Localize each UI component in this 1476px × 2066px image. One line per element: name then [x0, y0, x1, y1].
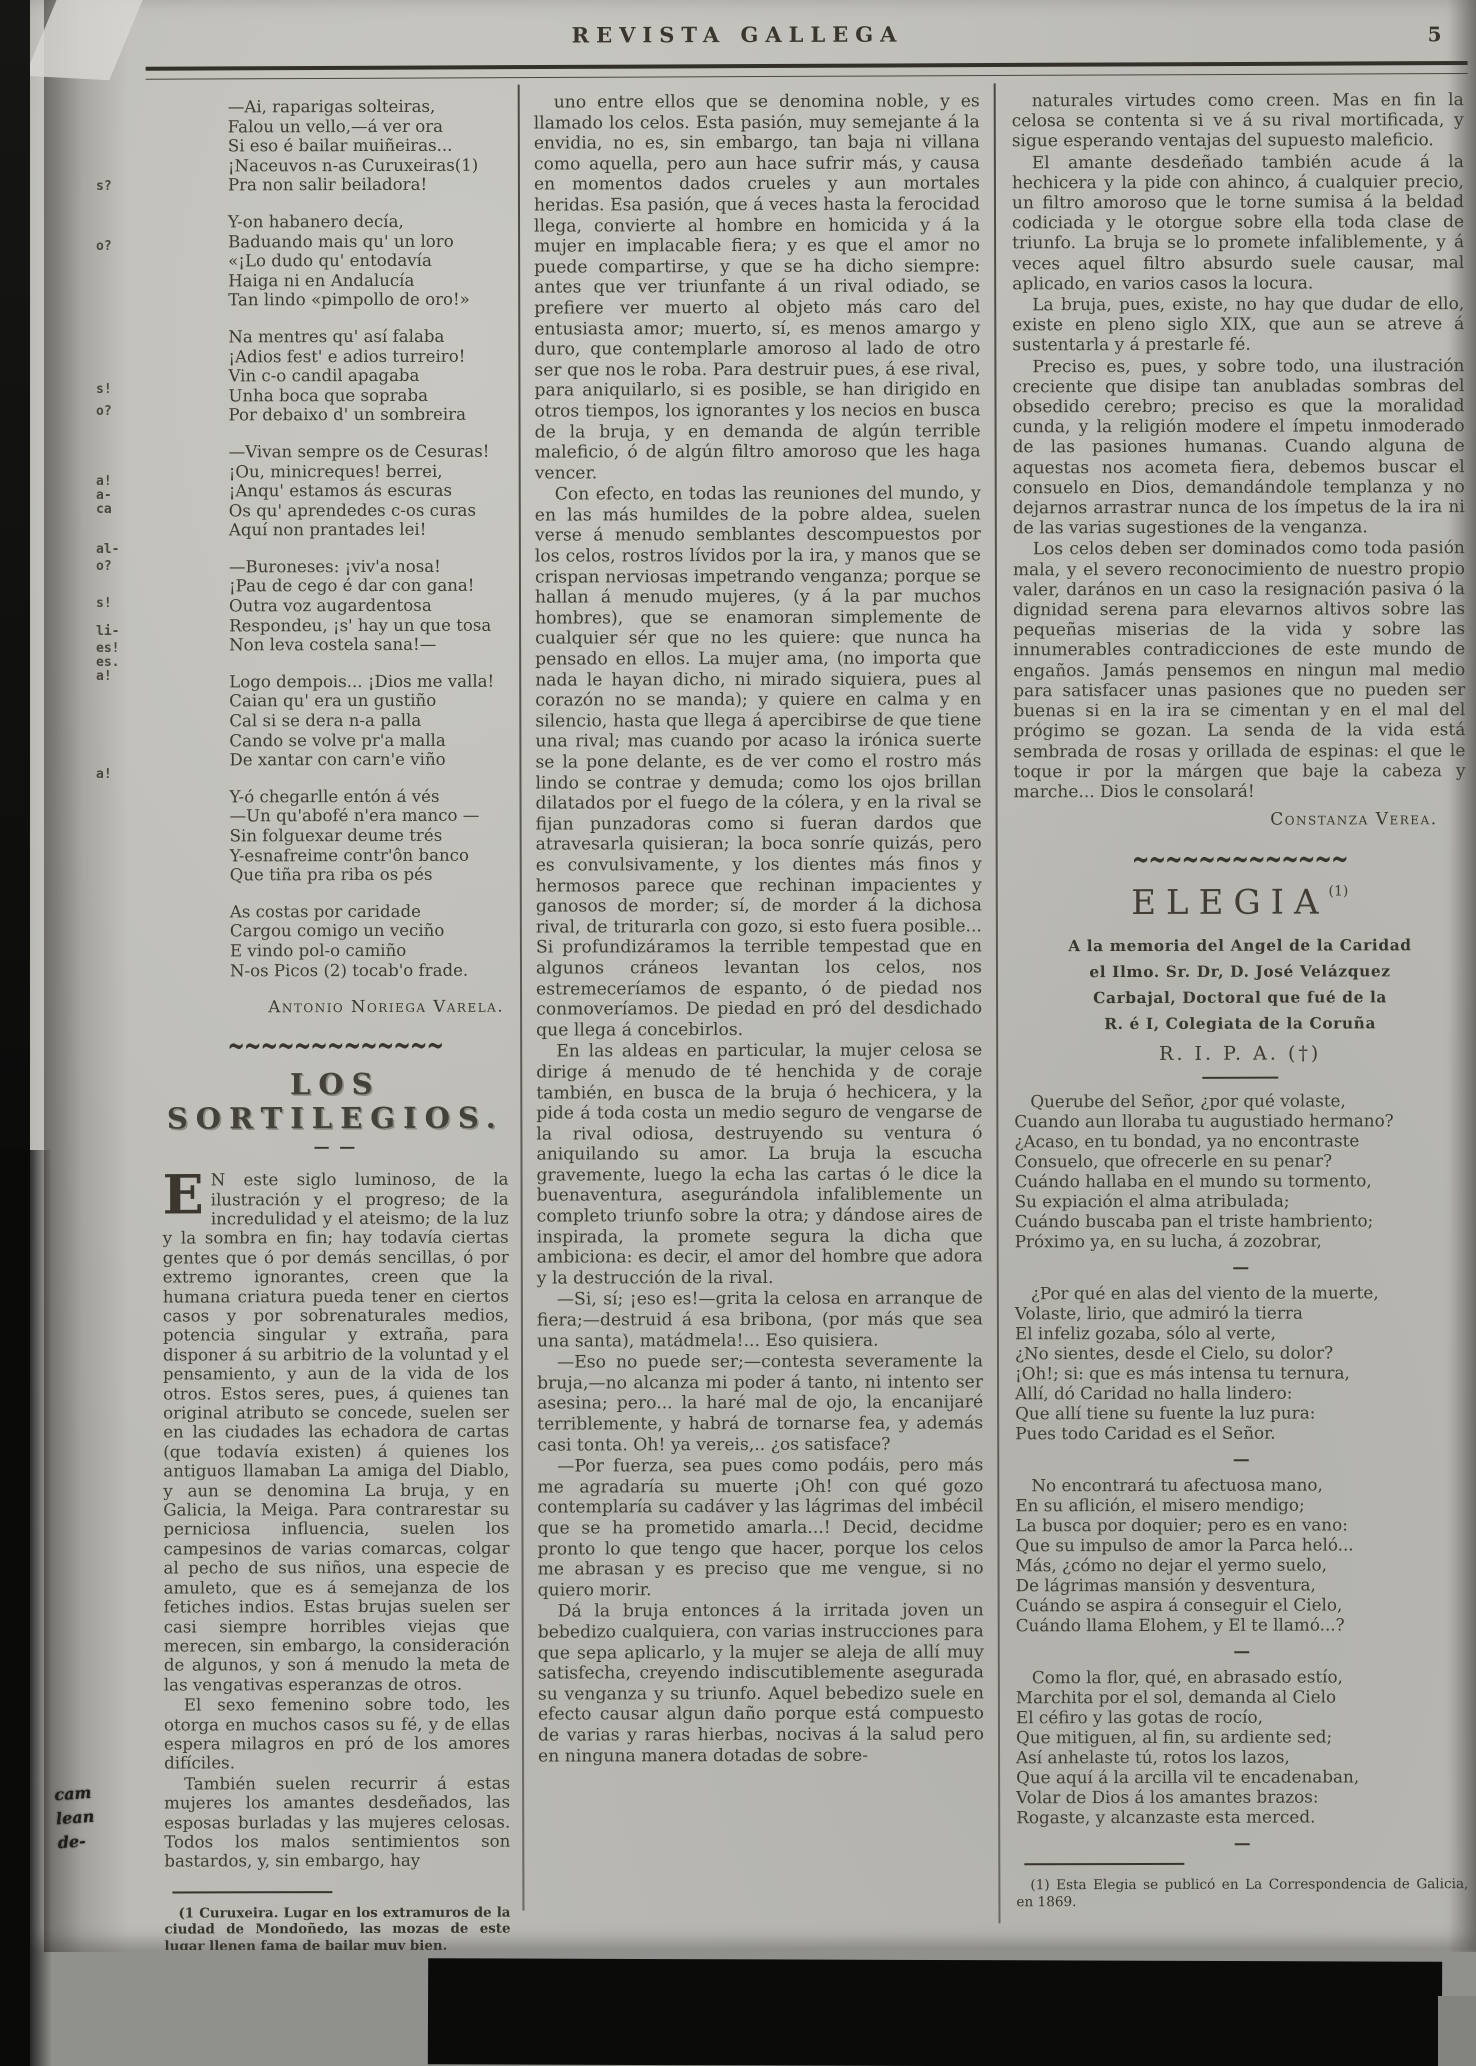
elegy-stanza-line: Allí, dó Caridad no halla lindero: — [1015, 1382, 1467, 1403]
elegy-stanza-line: Próximo ya, en su lucha, á zozobrar, — [1015, 1230, 1467, 1251]
column-divider-right — [994, 83, 1001, 1923]
poem-stanza: —Ai, raparigas solteiras,Falou un vello,… — [228, 97, 506, 196]
elegy-stanza-line: Pues todo Caridad es el Señor. — [1015, 1422, 1467, 1443]
poem-stanza-line: Que tiña pra riba os pés — [230, 865, 508, 885]
elegy-stanza-line: ¡Oh!; si: que es más intensa tu ternura, — [1015, 1362, 1467, 1383]
column-2-paragraphs: uno entre ellos que se denomina noble, y… — [534, 91, 984, 1766]
gutter-fragment: a! — [96, 670, 130, 684]
elegy-stanza-line: Así anhelaste tú, rotos los lazos, — [1016, 1746, 1468, 1767]
poem-stanza-line: Haiga ni en Andalucía — [228, 270, 506, 290]
poem-stanza-line: Aquí non prantades lei! — [229, 520, 507, 540]
poem-stanza-line: Os qu' aprendedes c-os curas — [229, 500, 507, 520]
article-author-signature: Constanza Verea. — [1014, 809, 1466, 830]
elegy-stanza-line: Cuándo hallaba en el mundo su tormento, — [1015, 1170, 1467, 1191]
article-paragraph: Dá la bruja entonces á la irritada joven… — [538, 1601, 984, 1767]
elegy-stanza-line: ¿No sientes, desde el Cielo, su dolor? — [1015, 1342, 1467, 1363]
ink-scribble: de- — [57, 1829, 97, 1856]
scanner-bed-corner — [1438, 1996, 1476, 2066]
poem-stanza-line: E vindo pol-o camiño — [230, 941, 508, 961]
gutter-fragment: a! — [96, 768, 130, 782]
elegy-title-text: ELEGIA — [1131, 883, 1328, 924]
elegy-stanza-line: Que mitiguen, al fin, su ardiente sed; — [1016, 1726, 1468, 1747]
elegy-stanza-line: La busca por doquier; pero es en vano: — [1015, 1514, 1467, 1535]
poem-stanza: —Vivan sempre os de Cesuras!¡Ou, minicre… — [229, 442, 507, 541]
poem-stanza-line: «¡Lo dudo qu' entodavía — [228, 251, 506, 271]
gutter-fragment: ca — [96, 503, 130, 517]
article-paragraph: naturales virtudes como creen. Mas en fi… — [1012, 90, 1464, 152]
poem-stanza: Y-ó chegarlle entón á vés—Un qu'abofé n'… — [230, 786, 508, 885]
poem-stanza-line: N-os Picos (2) tocab'o frade. — [230, 960, 508, 980]
elegy-stanza-line: Cuándo se aspira á conseguir el Cielo, — [1016, 1594, 1468, 1615]
elegy-stanzas: Querube del Señor, ¿por qué volaste,Cuan… — [1014, 1090, 1468, 1853]
article-paragraph: En las aldeas en particular, la mujer ce… — [536, 1041, 983, 1289]
column-1: —Ai, raparigas solteiras,Falou un vello,… — [160, 97, 511, 1997]
poem-stanza: Logo dempois... ¡Dios me valla!Caian qu'… — [229, 671, 507, 770]
gutter-fragment: al- — [96, 543, 130, 557]
gutter-fragment: es. — [96, 656, 130, 670]
elegy-section: ELEGIA(1) A la memoria del Angel de la C… — [1014, 882, 1469, 1910]
elegy-stanza-line: Volar de Dios á los amantes brazos: — [1016, 1786, 1468, 1807]
journal-title: REVISTA GALLEGA — [78, 20, 1398, 48]
article-paragraph: Preciso es, pues, y sobre todo, una ilus… — [1012, 356, 1464, 539]
poem-stanza-line: ¡Anqu' estamos ás escuras — [229, 481, 507, 501]
elegy-stanza-line: ¿Acaso, en tu bondad, ya no encontraste — [1014, 1130, 1466, 1151]
poem-stanza: —Buroneses: ¡viv'a nosa!¡Pau de cego é d… — [229, 557, 507, 656]
elegy-footnote-marker: (1) — [1329, 884, 1349, 900]
gutter-text-fragments: s?o?s!o?a!a-caal-o?s!li-es!es.a!a! — [96, 0, 130, 782]
article-paragraph: Con efecto, en todas las reuniones del m… — [535, 484, 982, 1041]
ink-scribbles: camleande- — [54, 1781, 97, 1855]
poem-stanza-line: Si eso é bailar muiñeiras... — [228, 136, 506, 156]
gutter-fragment: s! — [96, 383, 130, 397]
elegy-stanza-line: No encontrará tu afectuosa mano, — [1015, 1474, 1467, 1495]
dedication-line: Carbajal, Doctoral que fué de la — [1014, 984, 1466, 1011]
ink-scribble: cam — [54, 1781, 94, 1808]
article-paragraph: —Si, sí; ¡eso es!—grita la celosa en arr… — [537, 1289, 983, 1352]
poem-stanza-line: Respondeu, ¡s' hay un que tosa — [229, 615, 507, 635]
galician-poem: —Ai, raparigas solteiras,Falou un vello,… — [228, 97, 508, 981]
wavy-divider — [162, 1032, 508, 1058]
poem-stanza-line: Por debaixo d' un sombreira — [229, 405, 507, 425]
column-3: naturales virtudes como creen. Mas en fi… — [1012, 90, 1469, 1914]
poem-stanza-line: Sin folguexar deume trés — [230, 826, 508, 846]
gutter-fragment: a- — [96, 489, 130, 503]
gutter-fragment: li- — [96, 625, 130, 639]
poem-stanza-line: Y-ó chegarlle entón á vés — [230, 786, 508, 806]
dedication-line: el Ilmo. Sr. Dr, D. José Velázquez — [1014, 958, 1466, 985]
elegy-stanza-line: Que allí tiene su fuente la luz pura: — [1015, 1402, 1467, 1423]
elegy-stanza-line: De lágrimas mansión y desventura, — [1016, 1574, 1468, 1595]
column-2: uno entre ellos que se denomina noble, y… — [534, 91, 984, 1767]
column-divider-left — [518, 85, 525, 1911]
article-lead-paragraph: EN este siglo luminoso, de la ilustració… — [163, 1170, 510, 1695]
poem-stanza-line: Non leva costela sana!— — [229, 635, 507, 655]
elegy-stanza-line: El infeliz gozaba, sólo al verte, — [1015, 1322, 1467, 1343]
poem-stanza-line: ¡Naceuvos n-as Curuxeiras(1) — [228, 155, 506, 175]
elegy-stanza-line: Que aquí á la arcilla vil te encadenaban… — [1016, 1766, 1468, 1787]
elegy-stanza-line: ¿Por qué en alas del viento de la muerte… — [1015, 1282, 1467, 1303]
elegy-stanza-line: Consuelo, que ofrecerle en su penar? — [1014, 1150, 1466, 1171]
poem-stanza-line: As costas por caridade — [230, 901, 508, 921]
poem-stanza: Na mentres qu' así falaba¡Adios fest' e … — [228, 327, 506, 426]
elegy-stanza-line: Marchita por el sol, demanda al Cielo — [1016, 1686, 1468, 1707]
scanner-bed-black-band — [428, 1958, 1442, 2066]
elegy-stanza-line: Cuando aun lloraba tu augustiado hermano… — [1014, 1110, 1466, 1131]
elegy-title: ELEGIA(1) — [1014, 882, 1466, 923]
elegy-stanza-line: Cuándo buscaba pan el triste hambriento; — [1015, 1210, 1467, 1231]
poem-stanza-line: Vin c-o candil apagaba — [228, 366, 506, 386]
poem-stanza-line: De xantar con carn'e viño — [229, 750, 507, 770]
gutter-fragment: s! — [96, 597, 130, 611]
elegy-stanza: Querube del Señor, ¿por qué volaste,Cuan… — [1014, 1090, 1466, 1251]
book-spine-edge-lower — [0, 1150, 52, 2066]
article-paragraph: También suelen recurrir á estas mujeres … — [164, 1773, 510, 1871]
poem-stanza-line: Y-on habanero decía, — [228, 212, 506, 232]
gutter-fragment: s? — [96, 180, 130, 194]
article-paragraph: El amante desdeñado también acude á la h… — [1012, 152, 1464, 295]
poem-stanza-line: —Un qu'abofé n'era manco — — [230, 806, 508, 826]
poem-stanza-line: ¡Adios fest' e adios turreiro! — [228, 346, 506, 366]
elegy-stanza-line: Querube del Señor, ¿por qué volaste, — [1014, 1090, 1466, 1111]
article-paragraph: El sexo femenino sobre todo, les otorga … — [164, 1695, 510, 1774]
poem-author-signature: Antonio Noriega Varela. — [162, 997, 508, 1017]
poem-stanza-line: Caian qu' era un gustiño — [229, 691, 507, 711]
poem-stanza-line: Cando se volve pr'a malla — [229, 730, 507, 750]
poem-stanza-line: Unha boca que sopraba — [228, 385, 506, 405]
gutter-fragment: o? — [96, 560, 130, 574]
page-number: 5 — [1428, 22, 1442, 46]
gutter-fragment: o? — [96, 405, 130, 419]
poem-stanza-line: —Vivan sempre os de Cesuras! — [229, 442, 507, 462]
elegy-stanza-line: En su aflición, el misero mendigo; — [1015, 1494, 1467, 1515]
elegy-stanza-line: Como la flor, qué, en abrasado estío, — [1016, 1666, 1468, 1687]
column-1-paragraphs: El sexo femenino sobre todo, les otorga … — [164, 1695, 510, 1872]
dedication-line: A la memoria del Angel de la Caridad — [1014, 932, 1466, 959]
gutter-fragment: o? — [96, 240, 130, 254]
footnote-rule — [172, 1891, 332, 1893]
gutter-fragment: es! — [96, 642, 130, 656]
article-lead-text: N este siglo luminoso, de la ilustración… — [163, 1170, 510, 1694]
title-ornament — [162, 1137, 508, 1157]
poem-stanza-line: Cargou comigo un veciño — [230, 921, 508, 941]
poem-stanza-line: Outra voz augardentosa — [229, 596, 507, 616]
article-paragraph: La bruja, pues, existe, no hay que dudar… — [1012, 294, 1464, 356]
elegy-stanza-line: Rogaste, y alcanzaste esta merced. — [1016, 1806, 1468, 1827]
elegy-stanza: ¿Por qué en alas del viento de la muerte… — [1015, 1256, 1467, 1443]
elegy-stanza-line: Volaste, lirio, que admiró la tierra — [1015, 1302, 1467, 1323]
poem-stanza-line: Na mentres qu' así falaba — [228, 327, 506, 347]
footnote: (1 Curuxeira. Lugar en los extramuros de… — [164, 1904, 510, 1955]
elegy-stanza-line: Su expiación el alma atribulada; — [1015, 1190, 1467, 1211]
masthead: REVISTA GALLEGA 5 — [148, 20, 1468, 63]
short-rule — [1202, 1077, 1278, 1079]
poem-stanza-line: Cal si se dera n-a palla — [229, 711, 507, 731]
poem-stanza: As costas por caridadeCargou comigo un v… — [230, 901, 508, 980]
scanned-newspaper-page: REVISTA GALLEGA 5 —Ai, raparigas solteir… — [0, 0, 1476, 2066]
poem-stanza-line: Tan lindo «pimpollo de oro!» — [228, 290, 506, 310]
article-title: LOS SORTILEGIOS. — [162, 1067, 508, 1136]
poem-stanza-line: —Buroneses: ¡viv'a nosa! — [229, 557, 507, 577]
poem-stanza-line: Logo dempois... ¡Dios me valla! — [229, 671, 507, 691]
rip-line: R. I. P. A. (†) — [1014, 1042, 1466, 1065]
article-paragraph: —Por fuerza, sea pues como podáis, pero … — [537, 1456, 983, 1601]
poem-stanza: Y-on habanero decía,Baduando mais qu' un… — [228, 212, 506, 311]
dedication-line: R. é I, Colegiata de la Coruña — [1014, 1010, 1466, 1037]
elegy-stanza-line: Cuándo llama Elohem, y El te llamó...? — [1016, 1614, 1468, 1635]
elegy-footnote: (1) Esta Elegia se publicó en La Corresp… — [1016, 1876, 1468, 1910]
column-3-paragraphs: naturales virtudes como creen. Mas en fi… — [1012, 90, 1466, 802]
elegy-stanza-line: Que su impulso de amor la Parca heló... — [1015, 1534, 1467, 1555]
gutter-fragment: a! — [96, 475, 130, 489]
page-edge-shade — [1448, 0, 1476, 1952]
poem-stanza-line: —Ai, raparigas solteiras, — [228, 97, 506, 117]
elegy-footnote-rule — [1024, 1863, 1184, 1865]
article-paragraph: —Eso no puede ser;—contesta severamente … — [537, 1352, 983, 1456]
elegy-stanza-line: El céfiro y las gotas de rocío, — [1016, 1706, 1468, 1727]
ink-scribble: lean — [55, 1805, 95, 1832]
poem-stanza-line: Baduando mais qu' un loro — [228, 231, 506, 251]
article-paragraph: Los celos deben ser dominados como toda … — [1013, 539, 1466, 803]
drop-cap-initial: E — [163, 1171, 211, 1216]
elegy-stanza: Como la flor, qué, en abrasado estío,Mar… — [1016, 1640, 1468, 1827]
article-paragraph: uno entre ellos que se denomina noble, y… — [534, 91, 981, 483]
masthead-rule — [146, 61, 1468, 80]
poem-stanza-line: Y-esnafreime contr'ôn banco — [230, 845, 508, 865]
wavy-divider — [1014, 845, 1466, 871]
elegy-stanza: No encontrará tu afectuosa mano,En su af… — [1015, 1448, 1467, 1635]
elegy-dedication: A la memoria del Angel de la Caridadel I… — [1014, 932, 1466, 1037]
elegy-stanza-line: Más, ¿cómo no dejar el yermo suelo, — [1016, 1554, 1468, 1575]
poem-stanza-line: Pra non salir beiladora! — [228, 175, 506, 195]
poem-stanza-line: Falou un vello,—á ver ora — [228, 116, 506, 136]
page-content: REVISTA GALLEGA 5 —Ai, raparigas solteir… — [19, 0, 1476, 1954]
poem-stanza-line: ¡Pau de cego é dar con gana! — [229, 576, 507, 596]
poem-stanza-line: ¡Ou, minicreques! berrei, — [229, 461, 507, 481]
paper-sheet: REVISTA GALLEGA 5 —Ai, raparigas solteir… — [22, 0, 1476, 1952]
